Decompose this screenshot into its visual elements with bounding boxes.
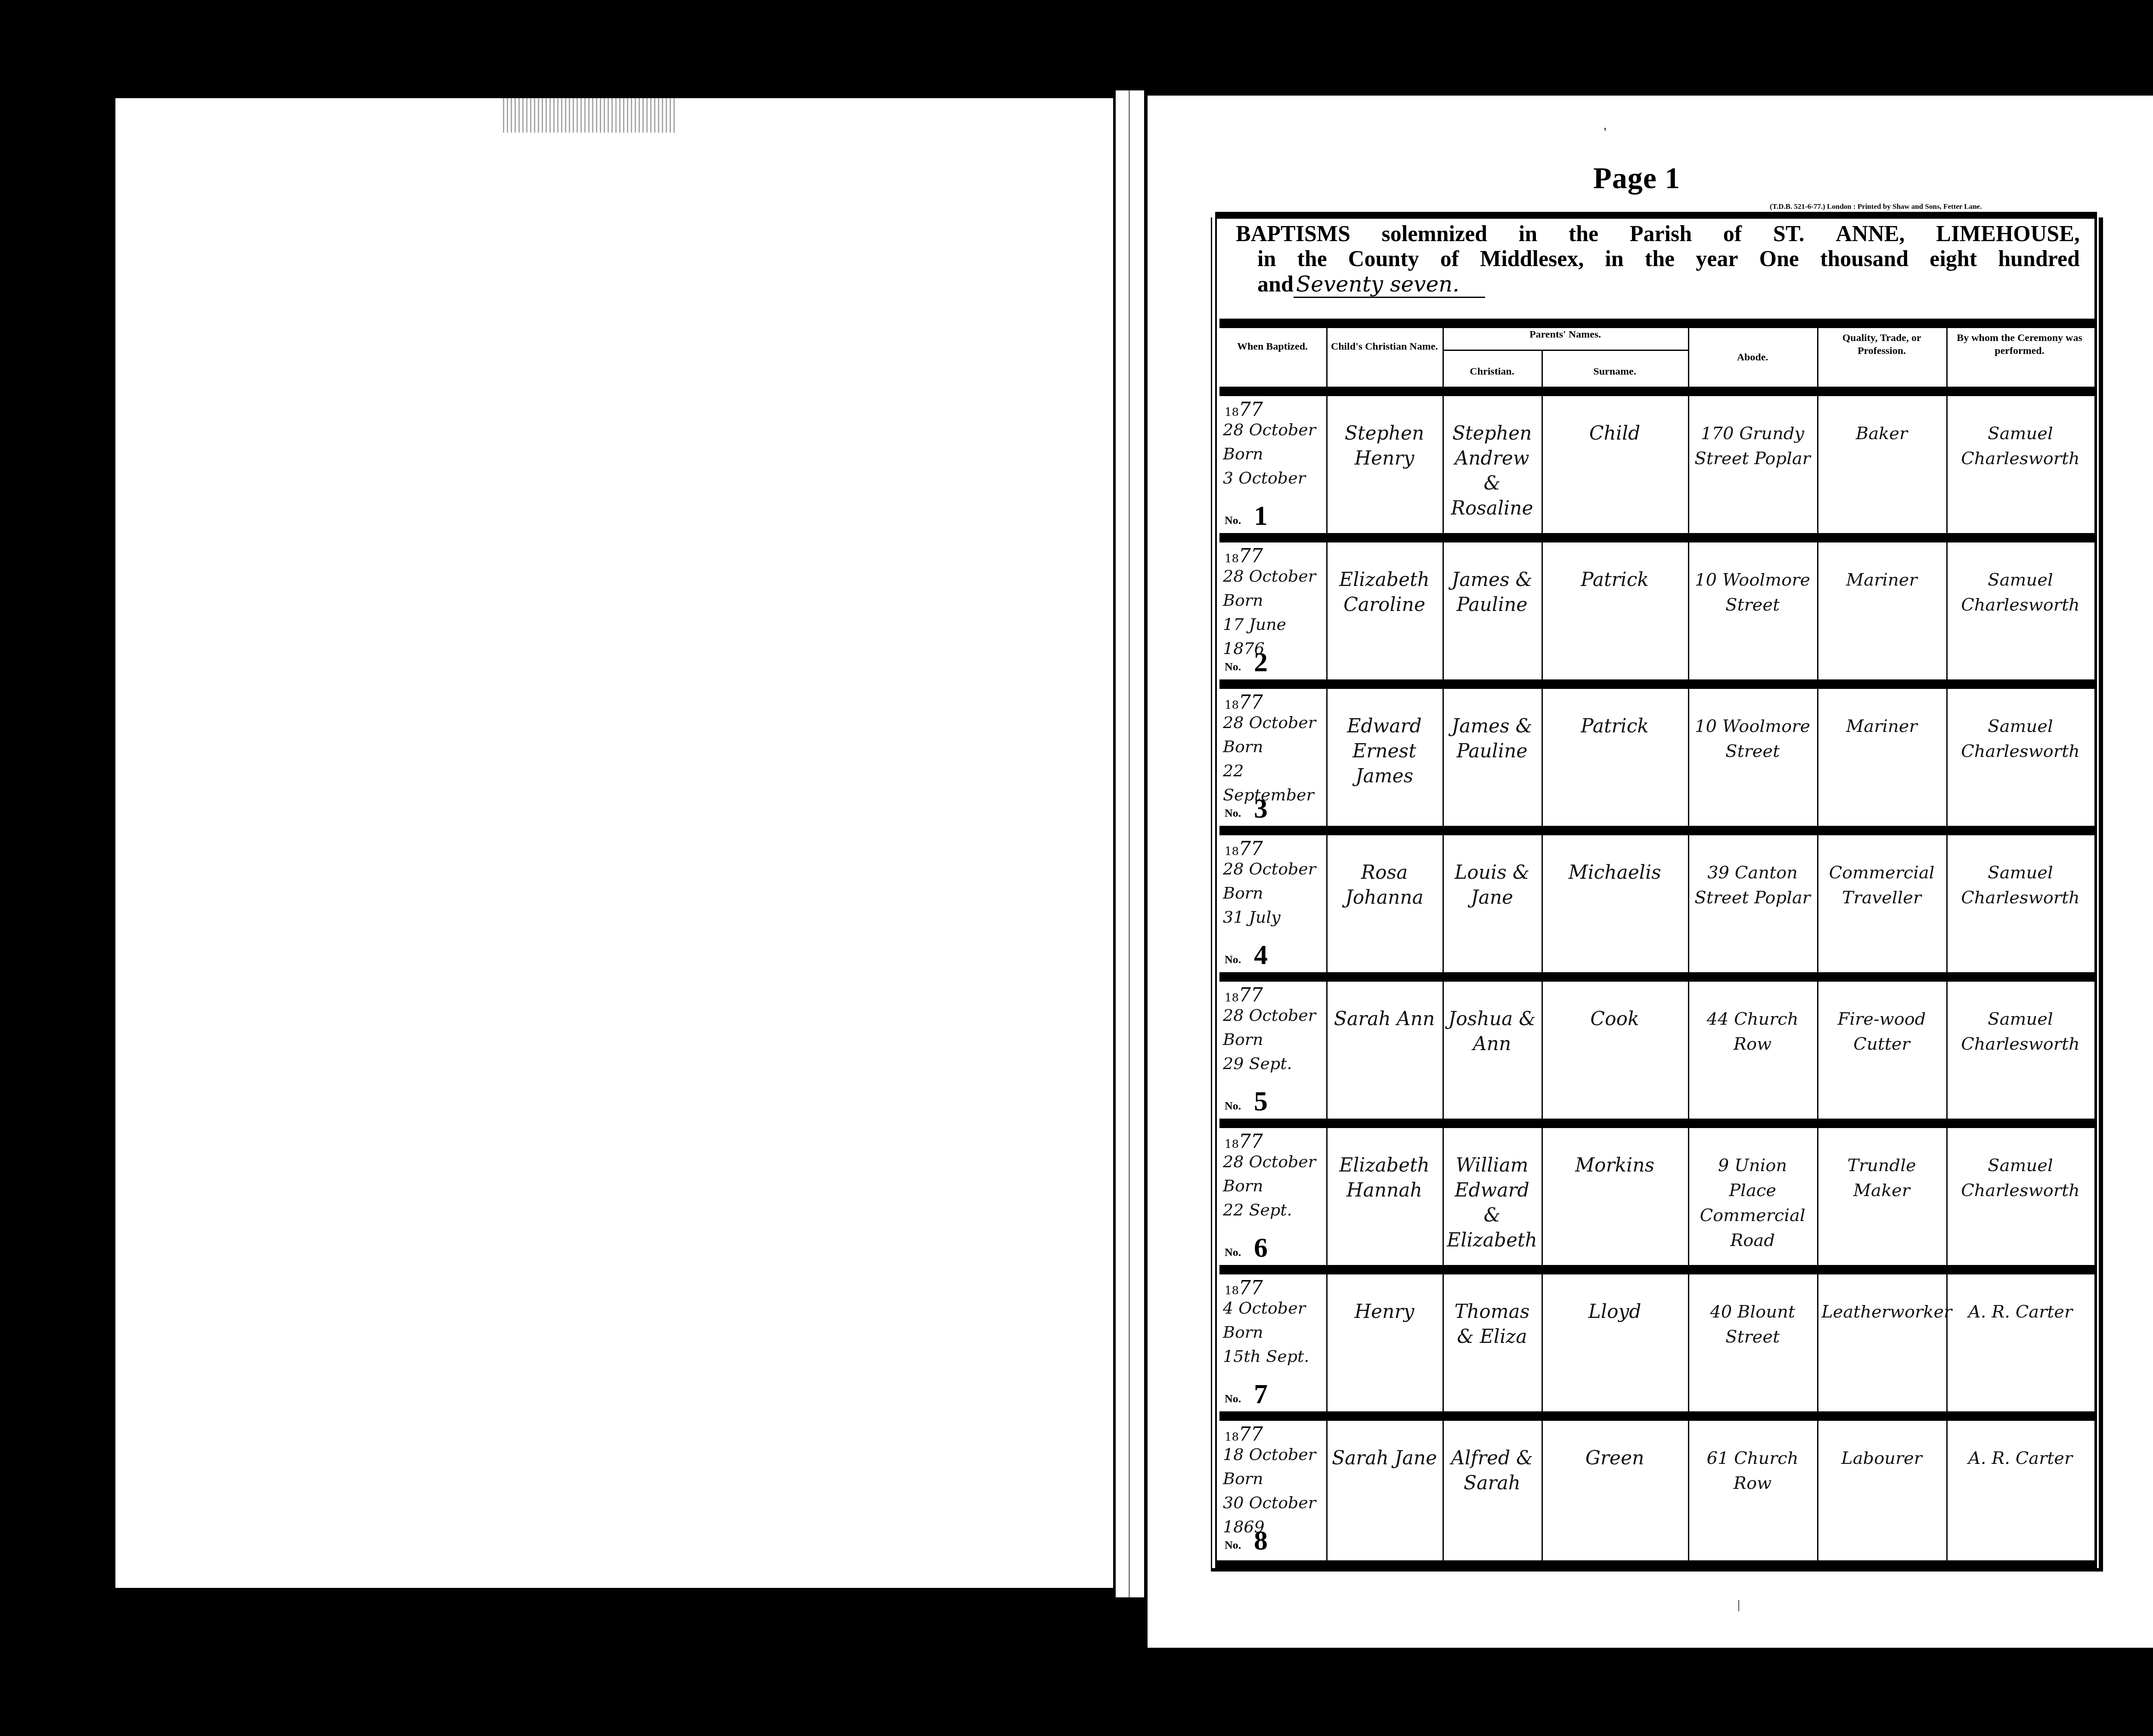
parents-surname: Michaelis	[1546, 860, 1684, 885]
row-separator	[1219, 1411, 2094, 1421]
stray-mark: |	[1737, 1597, 1740, 1612]
birth-date: 31 July	[1223, 905, 1326, 929]
entry-no-label: No.	[1225, 660, 1241, 673]
profession: Leatherworker	[1821, 1299, 1942, 1324]
stray-mark: '	[1604, 125, 1606, 139]
table-row: 187718 OctoberBorn30 October 1869No.8Sar…	[1219, 1420, 2094, 1558]
year-prefix: 18	[1225, 1138, 1239, 1151]
heading-word: the	[1569, 222, 1598, 247]
birth-date: 30 October 1869	[1223, 1491, 1326, 1539]
baptism-date: 28 October	[1223, 710, 1326, 735]
table-row: 187728 OctoberBorn22 SeptemberNo.3Edward…	[1219, 688, 2094, 826]
table-row: 187728 OctoberBorn29 Sept.No.5Sarah AnnJ…	[1219, 981, 2094, 1119]
officiant: Samuel Charlesworth	[1951, 714, 2090, 764]
entry-no-label: No.	[1225, 1246, 1241, 1259]
baptism-date: 28 October	[1223, 1150, 1326, 1174]
row-separator	[1219, 533, 2094, 542]
abode: 40 Blount Street	[1692, 1299, 1813, 1349]
table-row: 187728 OctoberBorn17 June 1876No.2Elizab…	[1219, 542, 2094, 679]
printer-imprint: (T.D.B. 521-6-77.) London : Printed by S…	[1770, 202, 1982, 211]
column-divider	[1817, 327, 1818, 1563]
birth-date: 22 Sept.	[1223, 1198, 1326, 1222]
entry-no-label: No.	[1225, 807, 1241, 820]
baptism-dates: 28 OctoberBorn31 July	[1223, 857, 1326, 929]
header-parents-christian: Christian.	[1445, 365, 1539, 378]
entry-number: 3	[1254, 795, 1268, 822]
parents-surname: Child	[1546, 421, 1684, 446]
parents-surname: Lloyd	[1546, 1299, 1684, 1324]
header-child-name: Child's Christian Name.	[1328, 340, 1440, 353]
header-parents-names: Parents' Names.	[1445, 328, 1686, 341]
profession: Commercial Traveller	[1821, 860, 1942, 910]
officiant: Samuel Charlesworth	[1951, 421, 2090, 471]
year-prefix: 18	[1225, 1284, 1239, 1297]
heading-word: the	[1645, 247, 1675, 272]
heading-line-3: andSeventy seven.	[1236, 272, 2080, 297]
abode: 61 Church Row	[1692, 1446, 1813, 1496]
parents-christian-names: Stephen Andrew & Rosaline	[1447, 421, 1537, 521]
baptism-dates: 28 OctoberBorn3 October	[1223, 418, 1326, 490]
column-divider	[1443, 327, 1444, 1563]
table-row: 18774 OctoberBorn15th Sept.No.7HenryThom…	[1219, 1274, 2094, 1411]
birth-date: 15th Sept.	[1223, 1344, 1326, 1368]
baptism-dates: 28 OctoberBorn22 Sept.	[1223, 1150, 1326, 1222]
header-parents-surname: Surname.	[1544, 365, 1686, 378]
heading-word: of	[1723, 222, 1742, 247]
heading-word: in	[1257, 247, 1276, 272]
abode: 170 Grundy Street Poplar	[1692, 421, 1813, 471]
born-label: Born	[1223, 588, 1326, 612]
year-prefix: 18	[1225, 992, 1239, 1004]
page-title: Page 1	[1593, 161, 1680, 196]
parents-surname: Patrick	[1546, 567, 1684, 592]
child-name: Elizabeth Caroline	[1331, 567, 1438, 617]
heading-line-2: intheCountyofMiddlesex,intheyearOnethous…	[1236, 247, 2080, 272]
entry-number: 7	[1254, 1380, 1268, 1408]
table-row: 187728 OctoberBorn22 Sept.No.6Elizabeth …	[1219, 1127, 2094, 1265]
heading-line-1: BAPTISMSsolemnizedintheParishofST.ANNE,L…	[1236, 222, 2080, 247]
officiant: Samuel Charlesworth	[1951, 860, 2090, 910]
child-name: Stephen Henry	[1331, 421, 1438, 471]
heading-word: County	[1348, 247, 1419, 272]
abode: 9 Union Place Commercial Road	[1692, 1153, 1813, 1253]
born-label: Born	[1223, 881, 1326, 905]
register-heading: BAPTISMSsolemnizedintheParishofST.ANNE,L…	[1236, 222, 2080, 297]
child-name: Rosa Johanna	[1331, 860, 1438, 910]
baptism-date: 28 October	[1223, 1003, 1326, 1027]
heading-word: LIMEHOUSE,	[1936, 222, 2080, 247]
heading-word: BAPTISMS	[1236, 222, 1350, 247]
birth-date: 22 September	[1223, 759, 1326, 807]
child-name: Henry	[1331, 1299, 1438, 1324]
column-divider	[1946, 327, 1948, 1563]
abode: 39 Canton Street Poplar	[1692, 860, 1813, 910]
heading-word: year	[1696, 247, 1738, 272]
profession: Labourer	[1821, 1446, 1942, 1471]
handwritten-year: Seventy seven.	[1294, 272, 1485, 298]
row-separator	[1219, 972, 2094, 982]
entry-no-label: No.	[1225, 1392, 1241, 1405]
entry-number: 1	[1254, 502, 1268, 530]
born-label: Born	[1223, 1466, 1326, 1491]
baptism-dates: 28 OctoberBorn29 Sept.	[1223, 1003, 1326, 1076]
heading-word: Middlesex,	[1480, 247, 1584, 272]
parents-christian-names: Thomas & Eliza	[1447, 1299, 1537, 1349]
profession: Baker	[1821, 421, 1942, 446]
abode: 44 Church Row	[1692, 1007, 1813, 1057]
parents-christian-names: Joshua & Ann	[1447, 1007, 1537, 1057]
year-prefix: 18	[1225, 699, 1239, 712]
parents-surname: Patrick	[1546, 714, 1684, 739]
baptism-date: 18 October	[1223, 1442, 1326, 1466]
child-name: Sarah Ann	[1331, 1007, 1438, 1032]
table-row: 187728 OctoberBorn3 OctoberNo.1Stephen H…	[1219, 395, 2094, 533]
parents-surname: Green	[1546, 1446, 1684, 1471]
entry-no-label: No.	[1225, 514, 1241, 527]
baptism-date: 4 October	[1223, 1296, 1326, 1320]
parents-christian-names: Louis & Jane	[1447, 860, 1537, 910]
year-prefix: 18	[1225, 552, 1239, 565]
profession: Fire-wood Cutter	[1821, 1007, 1942, 1057]
heading-word: ST.	[1773, 222, 1805, 247]
header-when-baptized: When Baptized.	[1223, 340, 1322, 353]
birth-date: 29 Sept.	[1223, 1051, 1326, 1076]
page-damage	[503, 98, 675, 133]
heading-word: ANNE,	[1836, 222, 1905, 247]
child-name: Sarah Jane	[1331, 1446, 1438, 1471]
entry-no-label: No.	[1225, 1539, 1241, 1552]
parents-christian-names: Alfred & Sarah	[1447, 1446, 1537, 1496]
child-name: Edward Ernest James	[1331, 714, 1438, 789]
row-separator	[1219, 1119, 2094, 1128]
parents-surname: Morkins	[1546, 1153, 1684, 1178]
abode: 10 Woolmore Street	[1692, 567, 1813, 617]
header-abode: Abode.	[1690, 351, 1815, 364]
born-label: Born	[1223, 1174, 1326, 1198]
parents-christian-names: James & Pauline	[1447, 714, 1537, 764]
heading-word: thousand	[1820, 247, 1908, 272]
column-divider	[1326, 327, 1328, 1563]
book-spine	[1113, 90, 1148, 1597]
baptism-date: 28 October	[1223, 857, 1326, 881]
table-row: 187728 OctoberBorn31 JulyNo.4Rosa Johann…	[1219, 834, 2094, 972]
entry-number: 6	[1254, 1234, 1268, 1262]
officiant: Samuel Charlesworth	[1951, 1153, 2090, 1203]
column-divider	[1688, 327, 1689, 1563]
entry-number: 8	[1254, 1527, 1268, 1554]
baptism-date: 28 October	[1223, 418, 1326, 442]
profession: Mariner	[1821, 714, 1942, 739]
child-name: Elizabeth Hannah	[1331, 1153, 1438, 1203]
born-label: Born	[1223, 1320, 1326, 1344]
year-prefix: 18	[1225, 1431, 1239, 1444]
officiant: Samuel Charlesworth	[1951, 1007, 2090, 1057]
row-separator	[1219, 1265, 2094, 1274]
entry-no-label: No.	[1225, 953, 1241, 966]
heading-word: Parish	[1630, 222, 1692, 247]
abode: 10 Woolmore Street	[1692, 714, 1813, 764]
row-separator	[1219, 679, 2094, 689]
row-separator	[1219, 387, 2094, 396]
heading-word: hundred	[1998, 247, 2080, 272]
profession: Mariner	[1821, 567, 1942, 592]
baptism-dates: 28 OctoberBorn22 September	[1223, 710, 1326, 807]
parents-christian-names: William Edward & Elizabeth	[1447, 1153, 1537, 1253]
heading-word: eight	[1930, 247, 1977, 272]
born-label: Born	[1223, 1027, 1326, 1051]
birth-date: 17 June 1876	[1223, 612, 1326, 660]
row-separator	[1219, 826, 2094, 835]
header-performed-by: By whom the Ceremony was performed.	[1948, 332, 2091, 357]
year-prefix: 18	[1225, 845, 1239, 858]
parents-christian-names: James & Pauline	[1447, 567, 1537, 617]
baptism-dates: 18 OctoberBorn30 October 1869	[1223, 1442, 1326, 1539]
entry-number: 4	[1254, 941, 1268, 969]
birth-date: 3 October	[1223, 466, 1326, 490]
header-top-rule	[1219, 319, 2094, 328]
parents-surname: Cook	[1546, 1007, 1684, 1032]
left-blank-page	[115, 98, 1119, 1588]
baptism-dates: 4 OctoberBorn15th Sept.	[1223, 1296, 1326, 1368]
entry-number: 2	[1254, 648, 1268, 676]
officiant: A. R. Carter	[1951, 1299, 2090, 1324]
heading-word: solemnized	[1382, 222, 1488, 247]
entry-no-label: No.	[1225, 1100, 1241, 1113]
born-label: Born	[1223, 735, 1326, 759]
heading-word: the	[1297, 247, 1327, 272]
heading-and: and	[1257, 272, 1294, 297]
heading-word: of	[1440, 247, 1459, 272]
officiant: A. R. Carter	[1951, 1446, 2090, 1471]
header-quality: Quality, Trade, or Profession.	[1819, 332, 1944, 357]
baptism-dates: 28 OctoberBorn17 June 1876	[1223, 564, 1326, 660]
year-prefix: 18	[1225, 406, 1239, 419]
baptism-date: 28 October	[1223, 564, 1326, 588]
heading-word: in	[1519, 222, 1537, 247]
parents-subheader-rule	[1443, 350, 1688, 351]
profession: Trundle Maker	[1821, 1153, 1942, 1203]
heading-word: in	[1605, 247, 1623, 272]
born-label: Born	[1223, 442, 1326, 466]
officiant: Samuel Charlesworth	[1951, 567, 2090, 617]
heading-word: One	[1759, 247, 1799, 272]
entry-number: 5	[1254, 1088, 1268, 1115]
